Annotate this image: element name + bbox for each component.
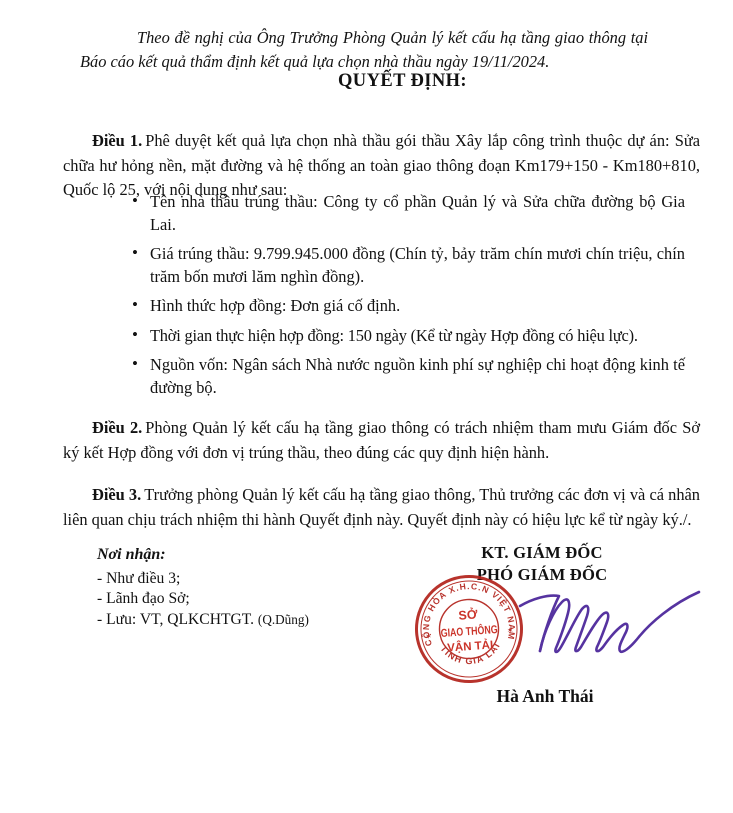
intro-paragraph: Theo đề nghị của Ông Trưởng Phòng Quản l… bbox=[80, 26, 648, 74]
recipient-item-archive: - Lưu: VT, QLKCHTGT. bbox=[97, 611, 254, 628]
signer-role-line1: KT. GIÁM ĐỐC bbox=[417, 542, 667, 564]
recipient-item: - Lãnh đạo Sở; bbox=[97, 589, 309, 610]
stamp-center-line2: GIAO THÔNG bbox=[440, 623, 498, 640]
document-page: Theo đề nghị của Ông Trưởng Phòng Quản l… bbox=[0, 0, 733, 813]
decision-detail-list: Tên nhà thầu trúng thầu: Công ty cổ phần… bbox=[130, 191, 686, 406]
article-3: Điều 3.Trưởng phòng Quản lý kết cấu hạ t… bbox=[63, 483, 700, 532]
recipients-label: Nơi nhận: bbox=[97, 545, 309, 566]
list-item-duration: Thời gian thực hiện hợp đồng: 150 ngày (… bbox=[130, 325, 686, 348]
list-item-contractor: Tên nhà thầu trúng thầu: Công ty cổ phần… bbox=[130, 191, 685, 236]
recipient-item: - Lưu: VT, QLKCHTGT. (Q.Dũng) bbox=[97, 610, 309, 631]
signature-stroke bbox=[520, 596, 559, 651]
decision-heading: QUYẾT ĐỊNH: bbox=[84, 71, 721, 92]
signer-name: Hà Anh Thái bbox=[420, 686, 670, 707]
recipient-item-note: (Q.Dũng) bbox=[258, 612, 309, 627]
list-item-price: Giá trúng thầu: 9.799.945.000 đồng (Chín… bbox=[130, 243, 685, 288]
stamp-center-line1: SỞ bbox=[458, 606, 478, 622]
official-stamp-icon: CỘNG HÒA X.H.C.N VIỆT NAM TỈNH GIA LAI ✶… bbox=[412, 572, 526, 686]
star-icon: ✶ bbox=[425, 632, 432, 641]
article-3-text: Trưởng phòng Quản lý kết cấu hạ tầng gia… bbox=[63, 485, 700, 529]
article-3-label: Điều 3. bbox=[92, 485, 141, 504]
list-item-funding: Nguồn vốn: Ngân sách Nhà nước nguồn kinh… bbox=[130, 354, 685, 399]
signature-stroke bbox=[540, 592, 699, 652]
article-2-label: Điều 2. bbox=[92, 418, 142, 437]
list-item-contract-type: Hình thức hợp đồng: Đơn giá cố định. bbox=[130, 295, 685, 318]
article-2: Điều 2.Phòng Quản lý kết cấu hạ tầng gia… bbox=[63, 416, 700, 465]
article-2-text: Phòng Quản lý kết cấu hạ tầng giao thông… bbox=[63, 418, 700, 462]
handwritten-signature-icon bbox=[512, 588, 707, 662]
article-1-text: Phê duyệt kết quả lựa chọn nhà thầu gói … bbox=[63, 131, 700, 199]
article-1-label: Điều 1. bbox=[92, 131, 142, 150]
recipients-block: Nơi nhận: - Như điều 3; - Lãnh đạo Sở; -… bbox=[97, 545, 309, 630]
recipient-item: - Như điều 3; bbox=[97, 569, 309, 590]
